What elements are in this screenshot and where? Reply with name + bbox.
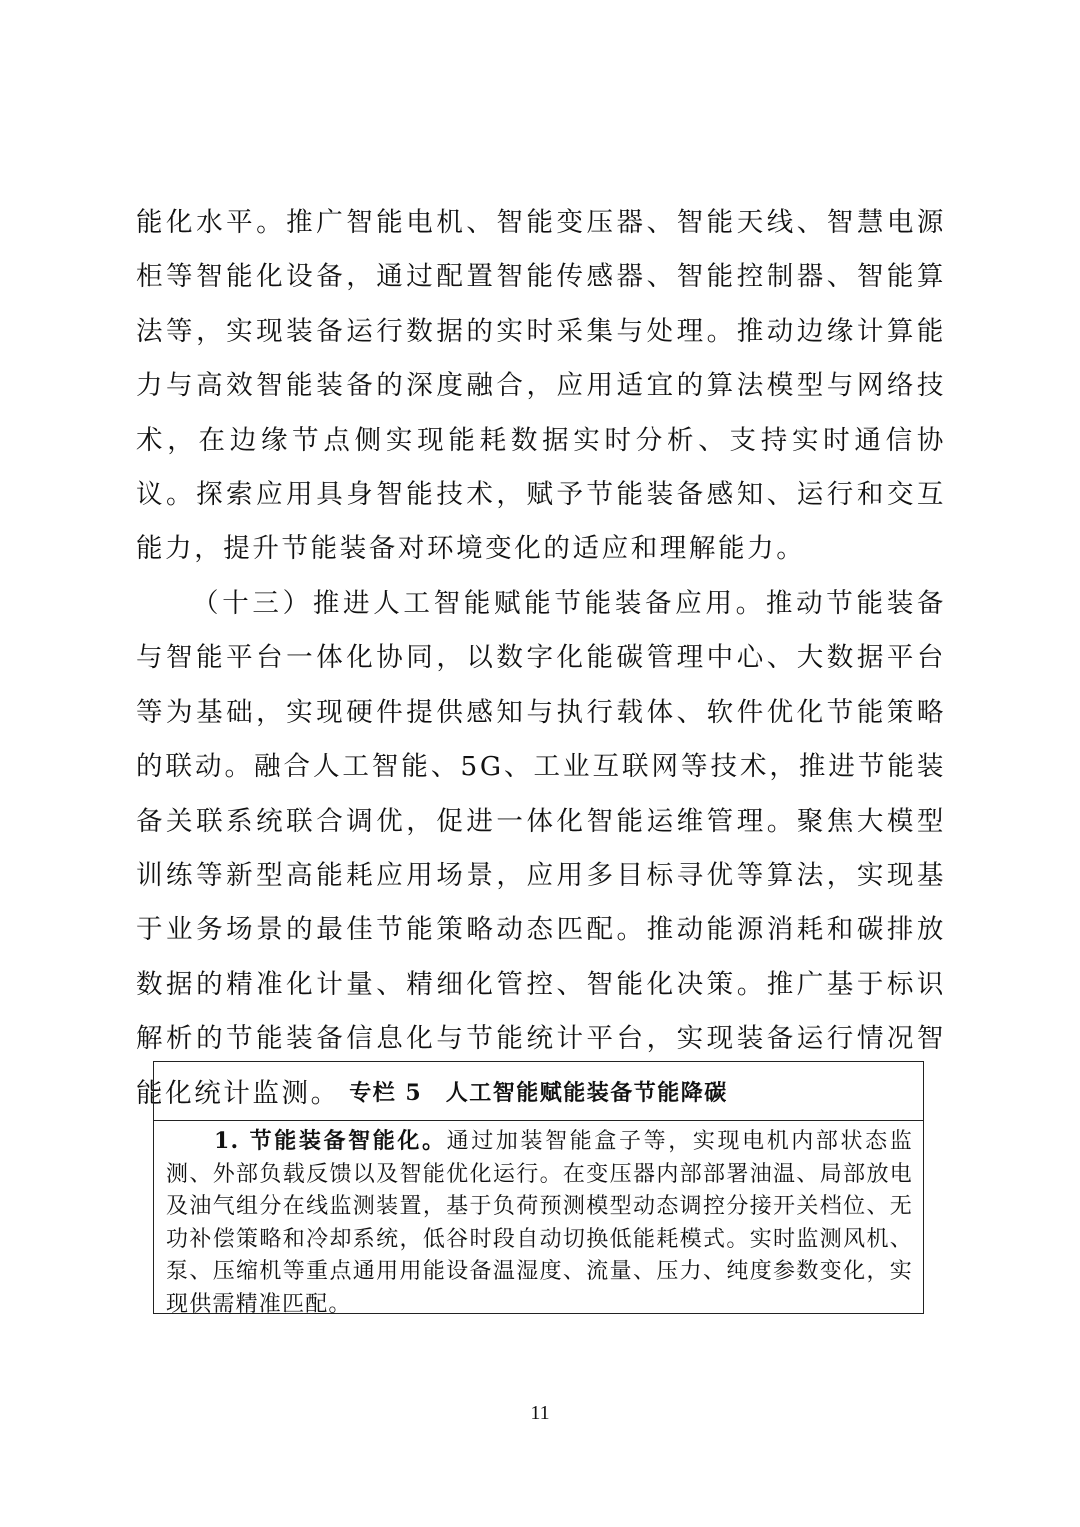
body-paragraph-1: 能化水平。推广智能电机、智能变压器、智能天线、智慧电源柜等智能化设备，通过配置智… [136, 196, 946, 577]
item-title: 节能装备智能化。 [250, 1128, 447, 1154]
item-text: 通过加装智能盒子等，实现电机内部状态监测、外部负载反馈以及智能优化运行。在变压器… [166, 1129, 913, 1317]
page-number: 11 [0, 1402, 1080, 1425]
box-body: 1. 节能装备智能化。通过加装智能盒子等，实现电机内部状态监测、外部负载反馈以及… [154, 1121, 923, 1322]
section-body-13: 推动节能装备与智能平台一体化协同，以数字化能碳管理中心、大数据平台等为基础，实现… [136, 588, 946, 1109]
box-title: 专栏 5 人工智能赋能装备节能降碳 [154, 1062, 923, 1121]
sidebar-box-column-5: 专栏 5 人工智能赋能装备节能降碳 1. 节能装备智能化。通过加装智能盒子等，实… [153, 1061, 924, 1314]
body-paragraph-2: （十三）推进人工智能赋能节能装备应用。推动节能装备与智能平台一体化协同，以数字化… [136, 577, 946, 1121]
section-heading-13: （十三）推进人工智能赋能节能装备应用。 [192, 588, 766, 619]
item-number: 1. [166, 1128, 250, 1154]
